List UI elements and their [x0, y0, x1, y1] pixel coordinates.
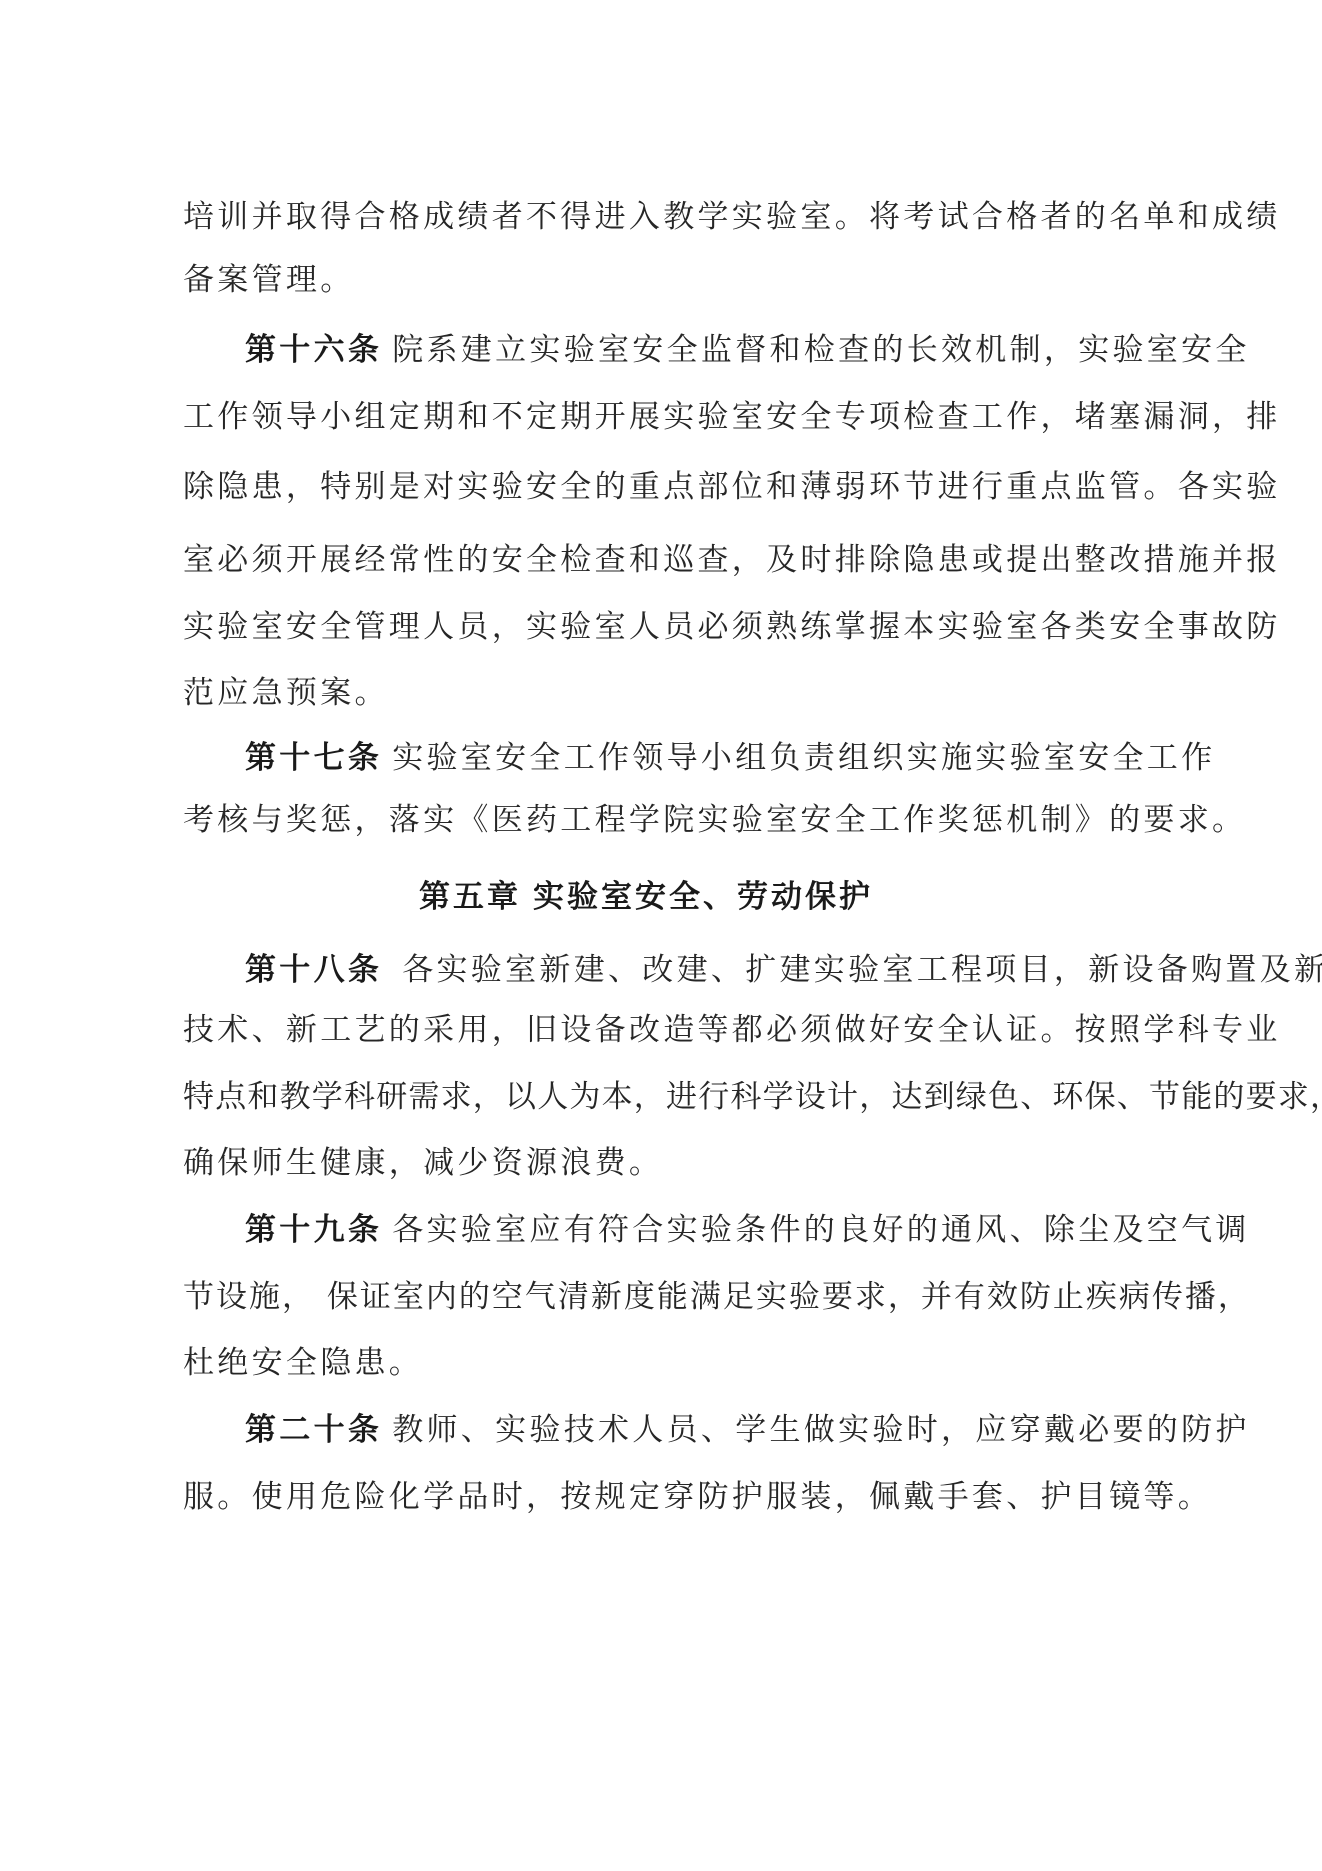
body-line: 节设施， 保证室内的空气清新度能满足实验要求，并有效防止疾病传播， [183, 1277, 1251, 1317]
line-text: 考核与奖惩，落实《医药工程学院实验室安全工作奖惩机制》的要求。 [183, 802, 1246, 838]
body-line: 备案管理。 [183, 260, 355, 300]
chapter-number: 第五章 [419, 879, 521, 915]
line-text: 工作领导小组定期和不定期开展实验室安全专项检查工作，堵塞漏洞，排 [183, 399, 1281, 435]
body-line: 培训并取得合格成绩者不得进入教学实验室。将考试合格者的名单和成绩 [183, 197, 1281, 237]
body-line: 考核与奖惩，落实《医药工程学院实验室安全工作奖惩机制》的要求。 [183, 800, 1246, 840]
article-label: 第十七条 [245, 740, 382, 776]
line-text: 范应急预案。 [183, 675, 389, 711]
document-page: 培训并取得合格成绩者不得进入教学实验室。将考试合格者的名单和成绩 备案管理。 第… [0, 0, 1322, 1871]
body-line: 服。使用危险化学品时，按规定穿防护服装，佩戴手套、护目镜等。 [183, 1477, 1212, 1517]
body-line: 实验室安全管理人员，实验室人员必须熟练掌握本实验室各类安全事故防 [183, 607, 1281, 647]
article-17-first-line: 第十七条实验室安全工作领导小组负责组织实施实验室安全工作 [245, 738, 1215, 778]
article-label: 第十八条 [245, 952, 382, 988]
line-text: 各实验室新建、改建、扩建实验室工程项目，新设备购置及新 [402, 952, 1322, 988]
body-line: 范应急预案。 [183, 673, 389, 713]
line-text: 服。使用危险化学品时，按规定穿防护服装，佩戴手套、护目镜等。 [183, 1479, 1212, 1515]
chapter-title: 实验室安全、劳动保护 [533, 879, 873, 915]
article-20-first-line: 第二十条教师、实验技术人员、学生做实验时，应穿戴必要的防护 [245, 1410, 1250, 1450]
body-line: 工作领导小组定期和不定期开展实验室安全专项检查工作，堵塞漏洞，排 [183, 397, 1281, 437]
body-line: 特点和教学科研需求，以人为本，进行科学设计，达到绿色、环保、节能的要求， [183, 1077, 1322, 1117]
line-text: 确保师生健康，减少资源浪费。 [183, 1145, 663, 1181]
line-text: 特点和教学科研需求，以人为本，进行科学设计，达到绿色、环保、节能的要求， [183, 1079, 1322, 1115]
article-label: 第十九条 [245, 1212, 382, 1248]
line-text: 教师、实验技术人员、学生做实验时，应穿戴必要的防护 [392, 1412, 1250, 1448]
line-text: 杜绝安全隐患。 [183, 1345, 423, 1381]
line-text: 院系建立实验室安全监督和检查的长效机制，实验室安全 [392, 332, 1250, 368]
article-label: 第十六条 [245, 332, 382, 368]
line-text: 培训并取得合格成绩者不得进入教学实验室。将考试合格者的名单和成绩 [183, 199, 1281, 235]
body-line: 除隐患，特别是对实验安全的重点部位和薄弱环节进行重点监管。各实验 [183, 467, 1281, 507]
body-line: 技术、新工艺的采用，旧设备改造等都必须做好安全认证。按照学科专业 [183, 1010, 1281, 1050]
line-text: 除隐患，特别是对实验安全的重点部位和薄弱环节进行重点监管。各实验 [183, 469, 1281, 505]
article-19-first-line: 第十九条各实验室应有符合实验条件的良好的通风、除尘及空气调 [245, 1210, 1250, 1250]
article-18-first-line: 第十八条各实验室新建、改建、扩建实验室工程项目，新设备购置及新 [245, 950, 1322, 990]
line-text: 实验室安全工作领导小组负责组织实施实验室安全工作 [392, 740, 1215, 776]
body-line: 室必须开展经常性的安全检查和巡查，及时排除隐患或提出整改措施并报 [183, 540, 1281, 580]
line-text: 节设施， 保证室内的空气清新度能满足实验要求，并有效防止疾病传播， [183, 1279, 1251, 1315]
article-16-first-line: 第十六条院系建立实验室安全监督和检查的长效机制，实验室安全 [245, 330, 1250, 370]
line-text: 实验室安全管理人员，实验室人员必须熟练掌握本实验室各类安全事故防 [183, 609, 1281, 645]
article-label: 第二十条 [245, 1412, 382, 1448]
line-text: 技术、新工艺的采用，旧设备改造等都必须做好安全认证。按照学科专业 [183, 1012, 1281, 1048]
line-text: 室必须开展经常性的安全检查和巡查，及时排除隐患或提出整改措施并报 [183, 542, 1281, 578]
line-text: 备案管理。 [183, 262, 355, 298]
body-line: 确保师生健康，减少资源浪费。 [183, 1143, 663, 1183]
body-line: 杜绝安全隐患。 [183, 1343, 423, 1383]
chapter-heading: 第五章实验室安全、劳动保护 [0, 877, 1292, 917]
line-text: 各实验室应有符合实验条件的良好的通风、除尘及空气调 [392, 1212, 1250, 1248]
